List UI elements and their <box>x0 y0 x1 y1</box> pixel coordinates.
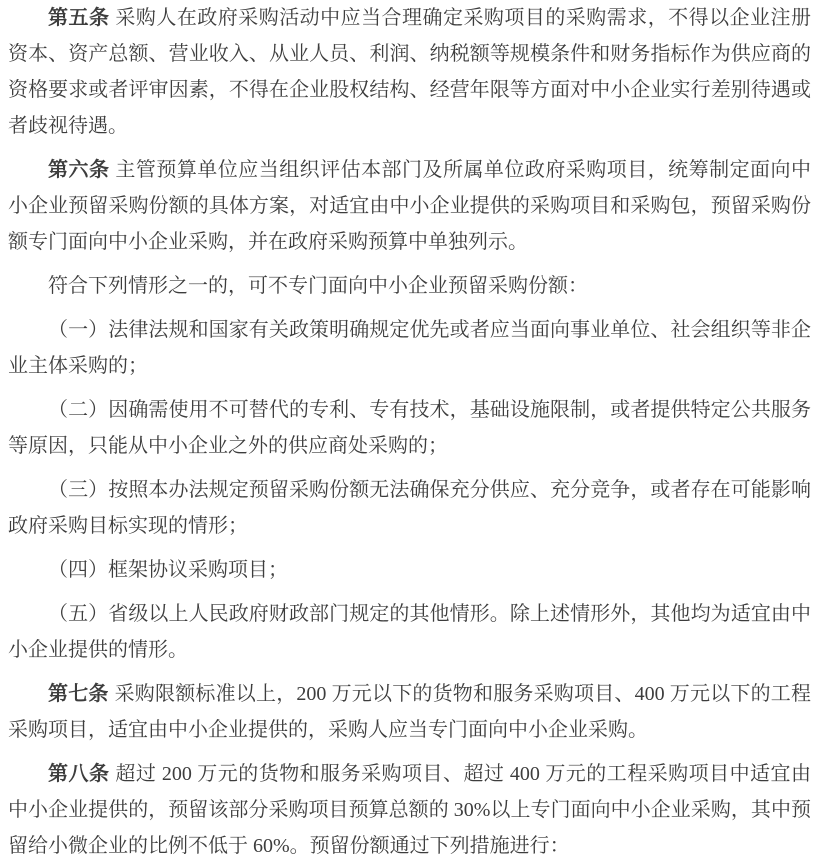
paragraph-10: 第八条超过 200 万元的货物和服务采购项目、超过 400 万元的工程采购项目中… <box>8 756 811 862</box>
paragraph-text: 主管预算单位应当组织评估本部门及所属单位政府采购项目，统筹制定面向中小企业预留采… <box>8 159 811 253</box>
paragraph-text: 采购限额标准以上，200 万元以下的货物和服务采购项目、400 万元以下的工程采… <box>8 683 811 741</box>
paragraph-8: （五）省级以上人民政府财政部门规定的其他情形。除上述情形外，其他均为适宜由中小企… <box>8 596 811 668</box>
paragraph-text: （一）法律法规和国家有关政策明确规定优先或者应当面向事业单位、社会组织等非企业主… <box>8 319 811 377</box>
article-term: 第六条 <box>48 159 109 181</box>
paragraph-4: （一）法律法规和国家有关政策明确规定优先或者应当面向事业单位、社会组织等非企业主… <box>8 312 811 384</box>
paragraph-text: （二）因确需使用不可替代的专利、专有技术，基础设施限制，或者提供特定公共服务等原… <box>8 399 811 457</box>
paragraph-2: 第六条主管预算单位应当组织评估本部门及所属单位政府采购项目，统筹制定面向中小企业… <box>8 152 811 260</box>
paragraph-text: （四）框架协议采购项目； <box>48 559 288 581</box>
paragraph-3: 符合下列情形之一的，可不专门面向中小企业预留采购份额： <box>8 268 811 304</box>
paragraph-text: （三）按照本办法规定预留采购份额无法确保充分供应、充分竞争，或者存在可能影响政府… <box>8 479 811 537</box>
paragraph-text: 采购人在政府采购活动中应当合理确定采购项目的采购需求，不得以企业注册资本、资产总… <box>8 7 811 137</box>
paragraph-5: （二）因确需使用不可替代的专利、专有技术，基础设施限制，或者提供特定公共服务等原… <box>8 392 811 464</box>
article-term: 第八条 <box>48 763 109 785</box>
article-term: 第七条 <box>48 683 109 705</box>
paragraph-9: 第七条采购限额标准以上，200 万元以下的货物和服务采购项目、400 万元以下的… <box>8 676 811 748</box>
paragraph-text: （五）省级以上人民政府财政部门规定的其他情形。除上述情形外，其他均为适宜由中小企… <box>8 603 811 661</box>
paragraph-6: （三）按照本办法规定预留采购份额无法确保充分供应、充分竞争，或者存在可能影响政府… <box>8 472 811 544</box>
paragraph-7: （四）框架协议采购项目； <box>8 552 811 588</box>
paragraph-text: 符合下列情形之一的，可不专门面向中小企业预留采购份额： <box>48 275 588 297</box>
paragraph-text: 超过 200 万元的货物和服务采购项目、超过 400 万元的工程采购项目中适宜由… <box>8 763 811 857</box>
article-term: 第五条 <box>48 7 109 29</box>
paragraphs-container: 第五条采购人在政府采购活动中应当合理确定采购项目的采购需求，不得以企业注册资本、… <box>8 0 811 862</box>
document-page: 第五条采购人在政府采购活动中应当合理确定采购项目的采购需求，不得以企业注册资本、… <box>0 0 819 862</box>
paragraph-1: 第五条采购人在政府采购活动中应当合理确定采购项目的采购需求，不得以企业注册资本、… <box>8 0 811 144</box>
